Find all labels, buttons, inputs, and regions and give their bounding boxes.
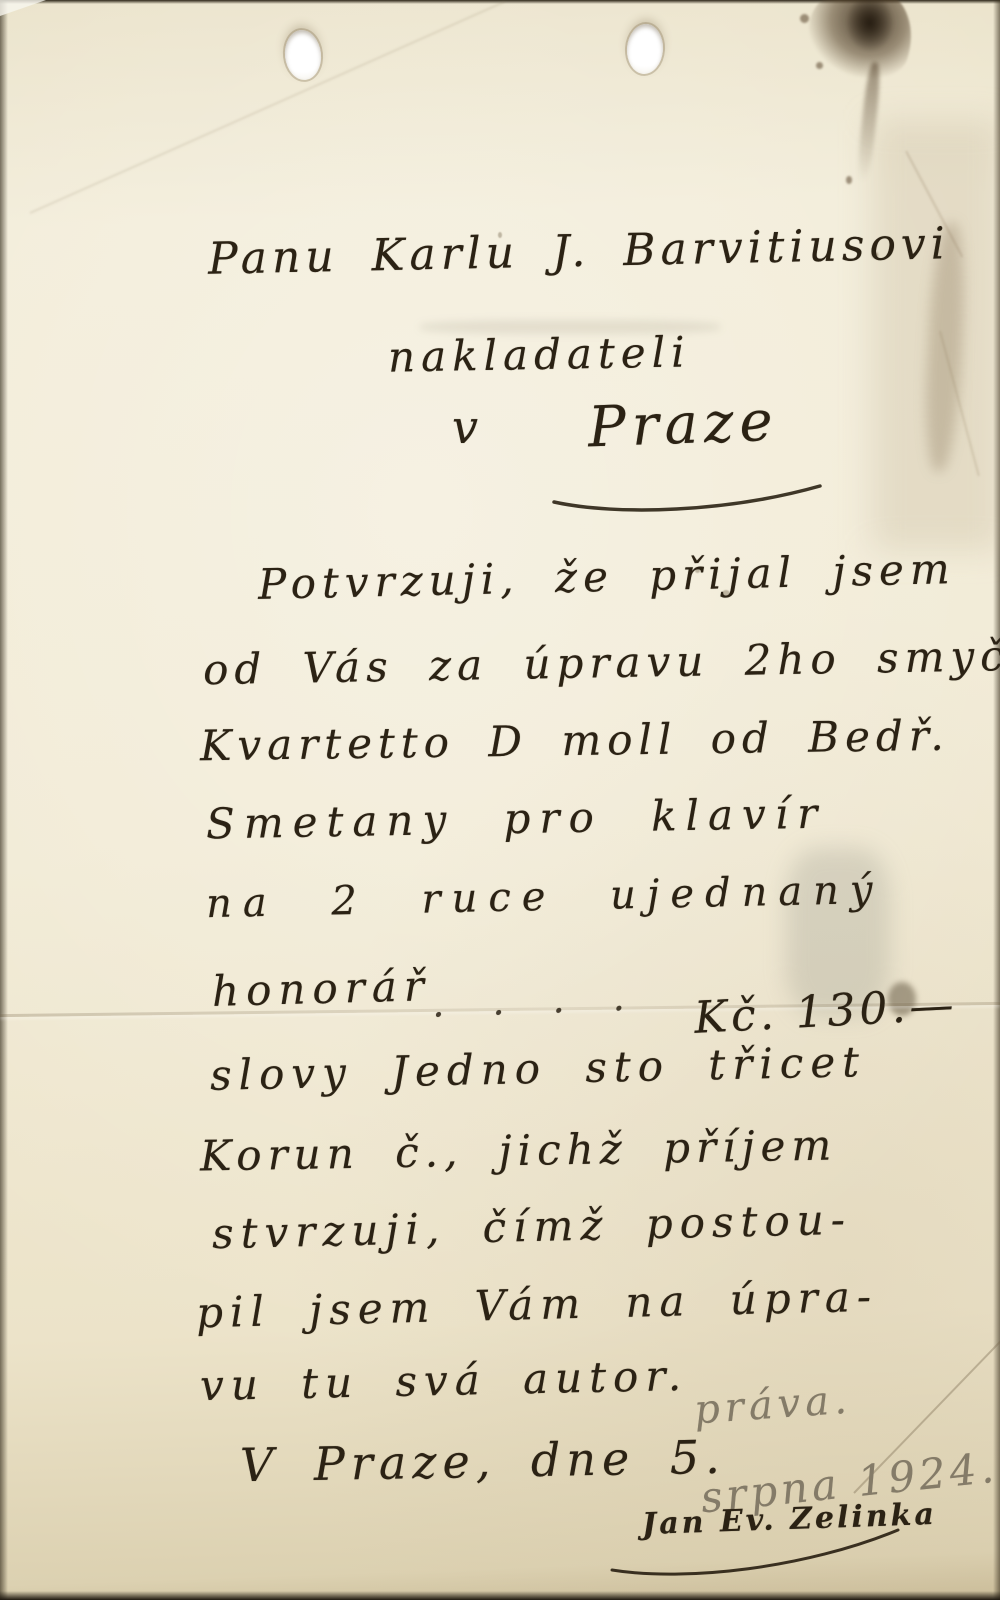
body-line-3: Kvartetto D moll od Bedř. xyxy=(200,711,950,770)
addressee-city: Praze xyxy=(587,389,780,461)
body-line-11-ink: vu tu svá autor. xyxy=(200,1351,689,1410)
signature-flourish xyxy=(606,1522,906,1582)
city-underline-flourish xyxy=(548,478,828,522)
addressee-line-2: nakladateli xyxy=(388,327,691,381)
body-line-6-label: honorář xyxy=(211,961,431,1016)
addressee-city-prefix: v xyxy=(452,400,478,454)
scanned-letter-page: Panu Karlu J. Barvitiusovi nakladateli v… xyxy=(0,0,1000,1600)
date-line-ink: V Praze, dne 5. xyxy=(240,1430,727,1492)
body-line-6-dots: . . . . xyxy=(431,974,643,1025)
